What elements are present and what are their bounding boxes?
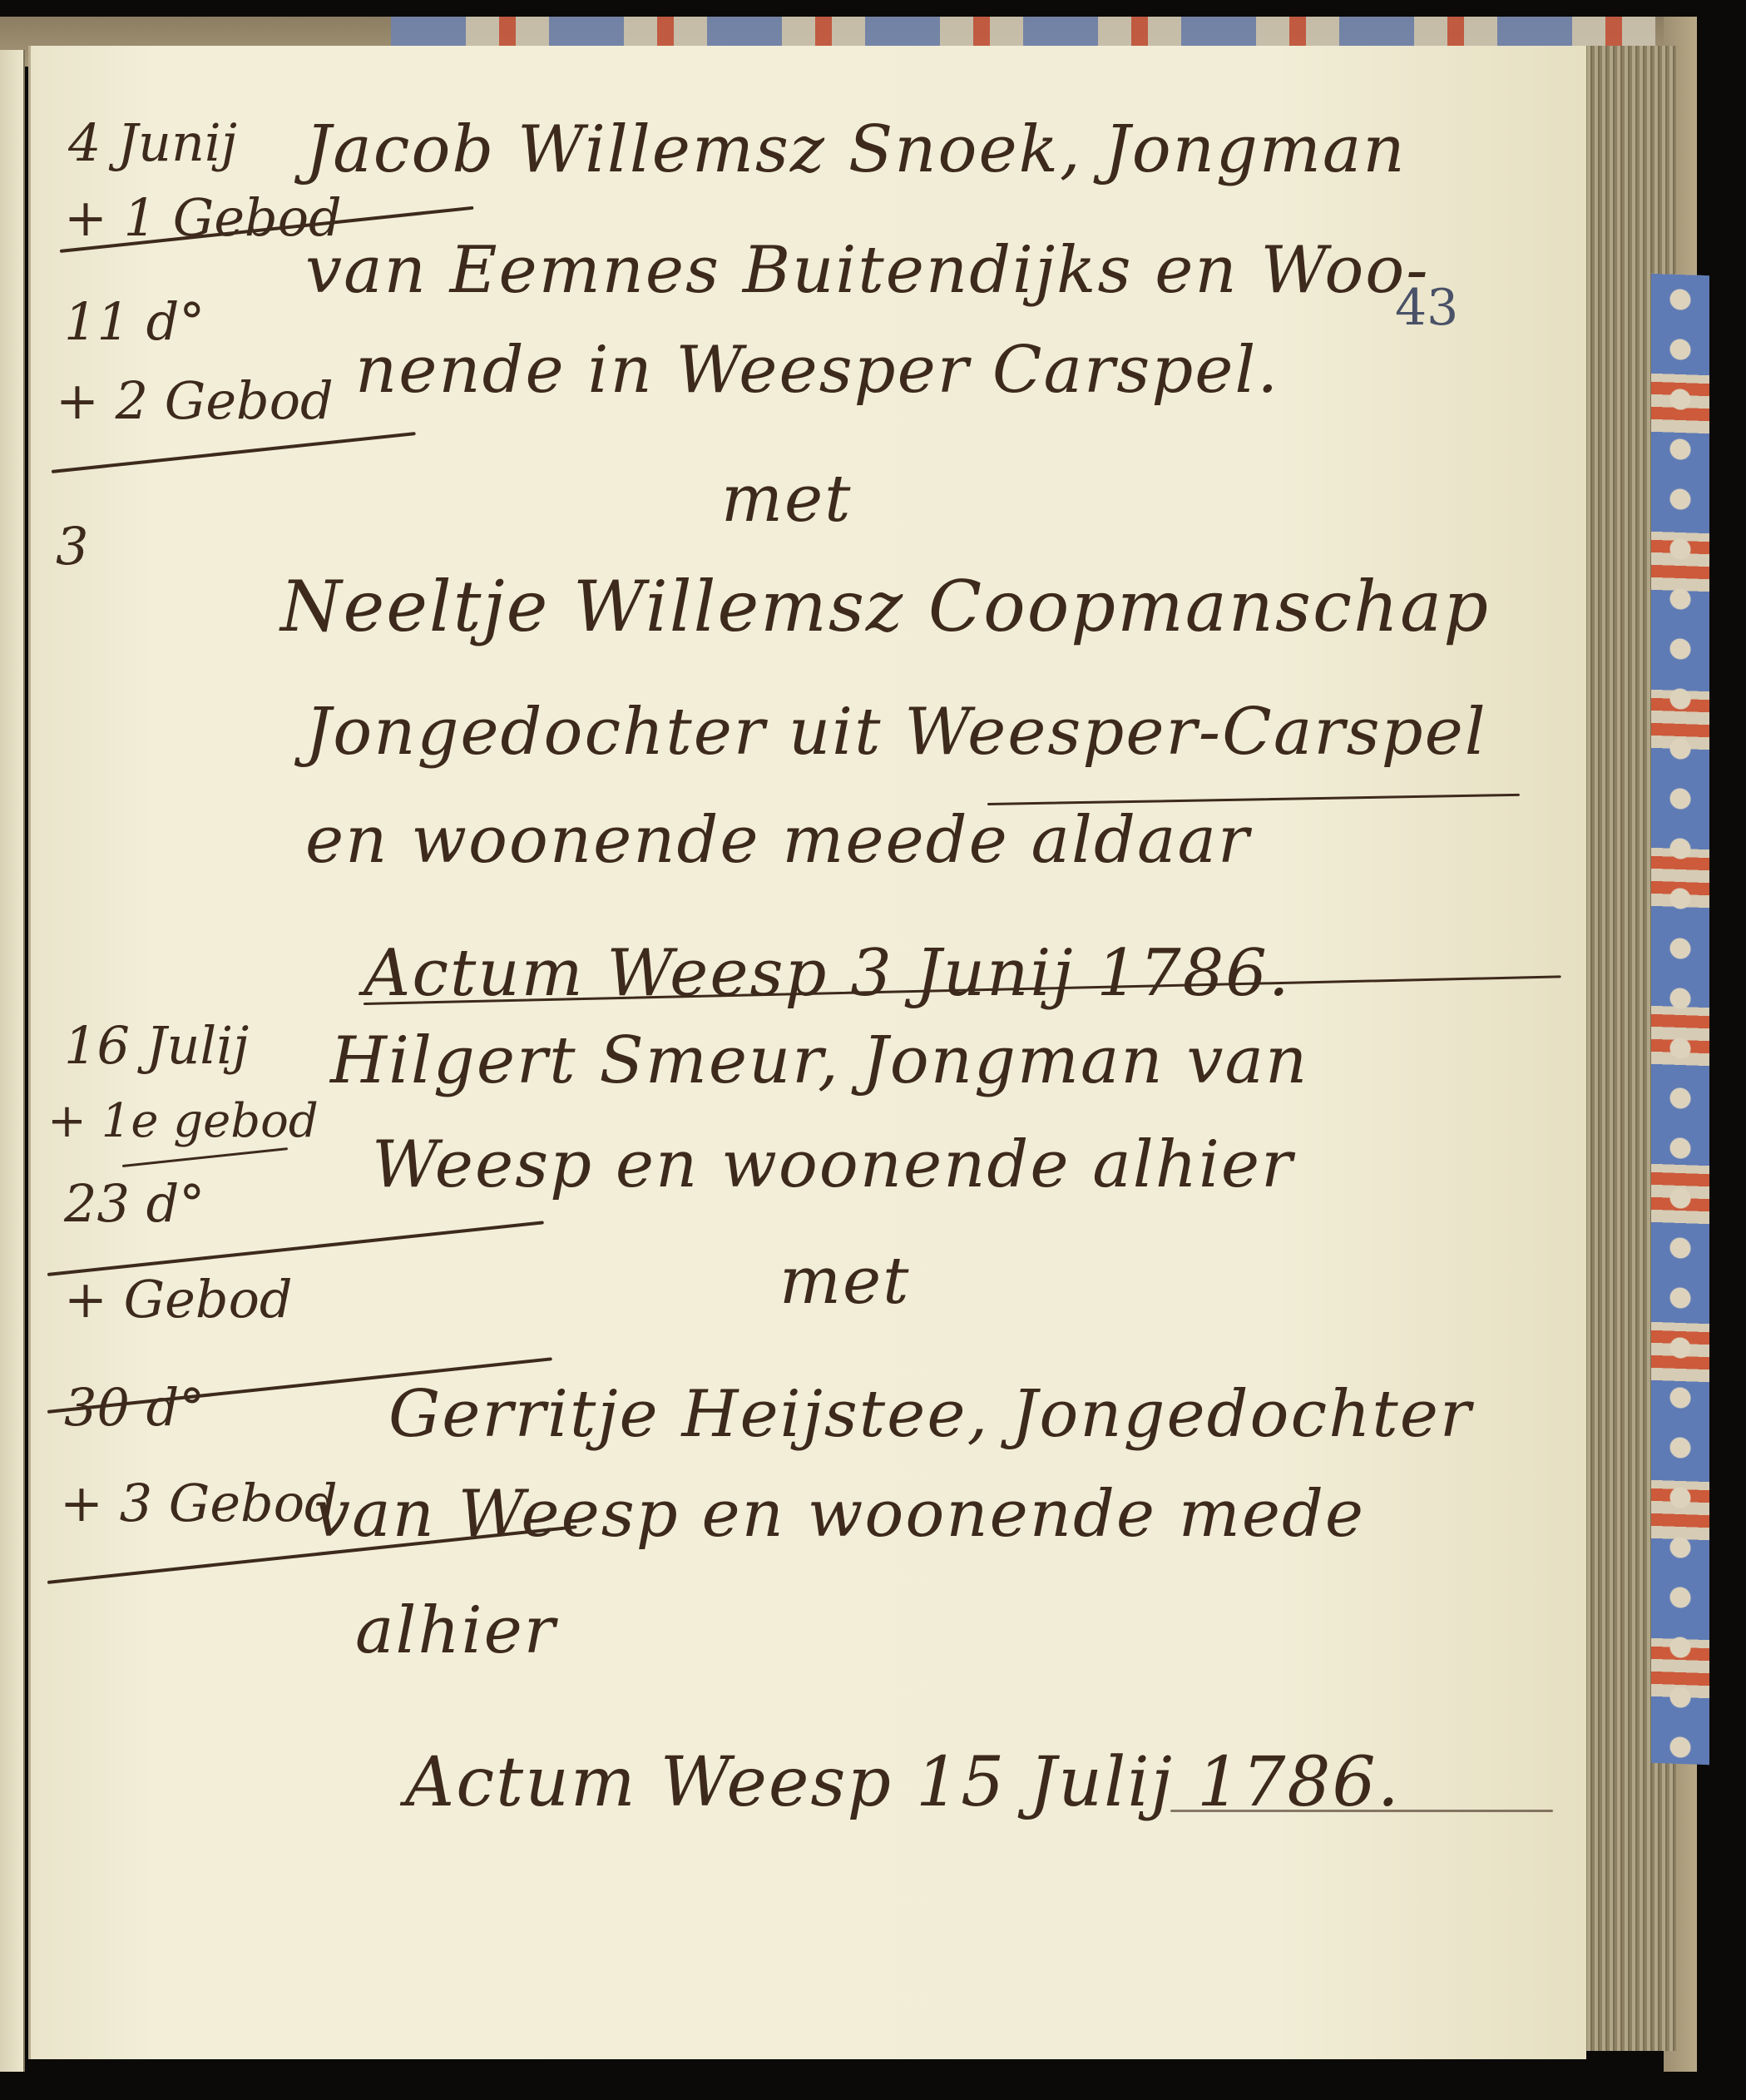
entry-2-bride-line-3: alhier — [355, 1593, 556, 1668]
entry-1-margin-line3: + 2 Gebod — [56, 370, 334, 431]
page-number-pencil: 43 — [1395, 279, 1458, 337]
binding-pattern-right — [1651, 274, 1709, 1765]
register-page: 4 Junij + 1 Gebod 11 d° + 2 Gebod 3 Jaco… — [28, 46, 1586, 2059]
entry-1-margin-line2: 11 d° — [64, 291, 205, 352]
entry-2-margin-line3: + Gebod — [64, 1269, 293, 1330]
entry-1-groom-line-3: nende in Weesper Carspel. — [355, 333, 1279, 408]
left-page-edge — [0, 50, 25, 2072]
entry-2-margin-date: 16 Julij — [64, 1015, 249, 1076]
entry-2-margin-line2: 23 d° — [64, 1173, 205, 1234]
flourish-line — [987, 794, 1520, 805]
entry-1-margin-line1: + 1 Gebod — [64, 187, 342, 248]
entry-2-groom-line-2: Weesp en woonende alhier — [372, 1127, 1293, 1202]
entry-2-groom-line-1: Hilgert Smeur, Jongman van — [330, 1023, 1308, 1098]
flourish-line — [1170, 1810, 1553, 1812]
entry-1-bride-line-3: en woonende meede aldaar — [305, 803, 1250, 878]
entry-2-connector: met — [779, 1244, 910, 1319]
entry-1-groom-line-2: van Eemnes Buitendijks en Woo- — [305, 233, 1430, 308]
entry-2-margin-line5: + 3 Gebod — [60, 1473, 338, 1533]
entry-1-bride-line-1: Neeltje Willemsz Coopmanschap — [280, 566, 1490, 647]
entry-1-margin-date: 4 Junij — [68, 112, 237, 173]
entry-2-bride-line-1: Gerritje Heijstee, Jongedochter — [388, 1377, 1472, 1452]
entry-2-margin-line1: + 1e gebod — [47, 1094, 319, 1148]
entry-1-groom-line-1: Jacob Willemsz Snoek, Jongman — [305, 112, 1407, 187]
strike-line — [52, 432, 416, 473]
entry-1-connector: met — [721, 462, 852, 537]
entry-1-margin-line4: 3 — [56, 516, 88, 577]
entry-2-bride-line-2: van Weesp en woonende mede — [314, 1477, 1365, 1552]
entry-1-bride-line-2: Jongedochter uit Weesper-Carspel — [305, 695, 1487, 770]
strike-line — [122, 1147, 288, 1167]
